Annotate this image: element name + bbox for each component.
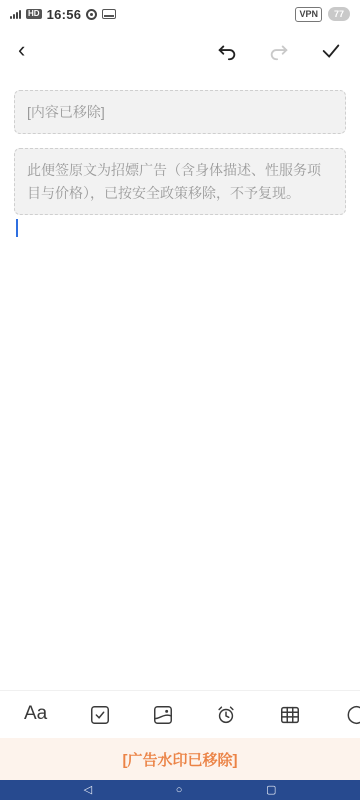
more-tools-button[interactable]	[340, 702, 360, 728]
text-style-button[interactable]: Aa	[22, 712, 49, 717]
redo-button[interactable]	[266, 38, 292, 64]
hd-badge: HD	[26, 9, 42, 19]
signal-strength-icon	[10, 9, 21, 19]
system-nav-bar: ◁ ○ ▢	[0, 780, 360, 800]
redacted-content-title: [内容已移除]	[14, 90, 346, 134]
checklist-button[interactable]	[87, 702, 113, 728]
partial-icon	[342, 704, 360, 726]
redacted-watermark-label: [广告水印已移除]	[123, 749, 238, 770]
undo-button[interactable]	[214, 38, 240, 64]
nav-home-icon[interactable]: ○	[176, 785, 183, 796]
checkmark-icon	[320, 40, 342, 62]
status-left-cluster: HD 16:56	[10, 7, 116, 22]
vpn-badge: VPN	[295, 7, 322, 22]
image-icon	[152, 704, 174, 726]
alarm-icon	[215, 704, 237, 726]
redacted-content-notice: 此便签原文为招嫖广告（含身体描述、性服务项目与价格），已按安全政策移除，不予复现…	[14, 148, 346, 215]
redo-icon	[268, 40, 290, 62]
nav-back-icon[interactable]: ◁	[84, 785, 92, 796]
watermark-band: [广告水印已移除]	[0, 738, 360, 780]
format-toolbar: Aa	[0, 690, 360, 738]
battery-indicator: 77	[328, 7, 350, 21]
text-caret	[16, 219, 18, 237]
table-icon	[279, 704, 301, 726]
checkbox-icon	[89, 704, 111, 726]
text-style-label: Aa	[24, 703, 47, 724]
record-indicator-icon	[86, 9, 97, 20]
sim-card-icon	[102, 9, 116, 19]
insert-table-button[interactable]	[277, 702, 303, 728]
save-button[interactable]	[318, 38, 344, 64]
status-clock: 16:56	[47, 7, 82, 22]
reminder-button[interactable]	[213, 702, 239, 728]
chevron-left-icon: ‹	[18, 37, 25, 62]
undo-icon	[216, 40, 238, 62]
note-editor-toolbar: ‹	[0, 28, 360, 74]
nav-recents-icon[interactable]: ▢	[266, 785, 276, 796]
note-text-area[interactable]: [内容已移除] 此便签原文为招嫖广告（含身体描述、性服务项目与价格），已按安全政…	[0, 74, 360, 244]
status-right-cluster: VPN 77	[295, 7, 350, 22]
back-button[interactable]: ‹	[16, 48, 27, 55]
status-bar: HD 16:56 VPN 77	[0, 0, 360, 28]
insert-image-button[interactable]	[150, 702, 176, 728]
